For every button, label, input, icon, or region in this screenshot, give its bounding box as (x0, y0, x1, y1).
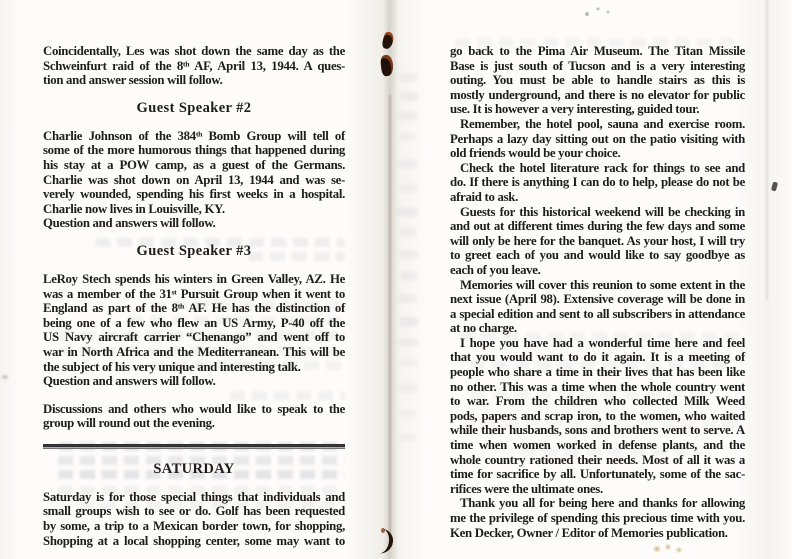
section-heading: Guest Speaker #3 (43, 244, 345, 259)
bleed-through-artifact (398, 338, 418, 347)
text-line: mostly underground, and there is no elev… (450, 88, 745, 103)
text-line: verely wounded, spending his first weeks… (43, 187, 345, 202)
text-line: Base is just south of Tucson and is a ve… (450, 59, 745, 74)
text-line: time when women worked in defense plants… (450, 438, 745, 453)
left-page: Coincidentally, Les was shot down the sa… (43, 44, 345, 559)
paragraph: I hope you have had a wonderful time her… (450, 336, 745, 497)
text-line: rifices were the ultimate ones. (450, 482, 745, 497)
paragraph: go back to the Pima Air Museum. The Tita… (450, 44, 745, 117)
paragraph: Check the hotel literature rack for thin… (450, 161, 745, 205)
bleed-through-artifact (400, 359, 418, 367)
text-line: to war. From the children who collected … (450, 394, 745, 409)
text-line: go back to the Pima Air Museum. The Tita… (450, 44, 745, 59)
bleed-through-artifact (399, 409, 417, 417)
text-line: Shopping at a local shopping center, som… (43, 534, 345, 549)
text-line: whole country rationed their needs. Most… (450, 453, 745, 468)
text-line: I hope you have had a wonderful time her… (450, 336, 745, 351)
bleed-through-artifact (399, 133, 416, 141)
bleed-through-artifact (398, 384, 418, 393)
text-line: to greet each of you and would like to s… (450, 248, 745, 263)
paragraph: Guests for this historical weekend will … (450, 205, 745, 278)
paragraph: LeRoy Stech spends his winters in Green … (43, 272, 345, 389)
right-page: go back to the Pima Air Museum. The Tita… (450, 44, 745, 540)
text-line: Question and answers will follow. (43, 374, 345, 389)
page-edge-crease (766, 0, 768, 300)
text-line: LeRoy Stech spends his winters in Green … (43, 272, 345, 287)
scan-speck-top (583, 6, 613, 18)
text-line: his stay at a POW camp, as a guest of th… (43, 158, 345, 173)
text-line: will only be here for the banquet. As yo… (450, 234, 745, 249)
text-line: me the privilege of spending this precio… (450, 511, 745, 526)
paragraph: Memories will cover this reunion to some… (450, 278, 745, 336)
text-line: do. If there is anything I can do to hel… (450, 175, 745, 190)
bleed-through-artifact (400, 271, 418, 280)
text-line: Memories will cover this reunion to some… (450, 278, 745, 293)
text-line: Check the hotel literature rack for thin… (450, 161, 745, 176)
text-line: group will round out the evening. (43, 416, 345, 431)
text-line: use. It is however a very interesting, g… (450, 102, 745, 117)
scan-speck-bottom (652, 544, 686, 554)
paragraph: Saturday is for those special things tha… (43, 490, 345, 548)
text-line: war in North Africa and the Mediterranea… (43, 345, 345, 360)
text-line: Charlie was shot down on April 13, 1944 … (43, 173, 345, 188)
staple-mark-bottom-rust (381, 528, 385, 533)
text-line: some of the more humorous things that ha… (43, 143, 345, 158)
bleed-through-artifact (398, 434, 417, 442)
text-line: each of you leave. (450, 263, 745, 278)
text-line: Schweinfurt raid of the 8ᵗʰ AF, April 13… (43, 59, 345, 74)
bleed-through-artifact (397, 294, 417, 303)
text-line: Thank you all for being here and thanks … (450, 496, 745, 511)
divider-rule (43, 444, 345, 449)
spine-crease (389, 95, 391, 547)
text-line: the subject of his very unique and inter… (43, 360, 345, 375)
text-line: Remember, the hotel pool, sauna and exer… (450, 117, 745, 132)
paragraph: Coincidentally, Les was shot down the sa… (43, 44, 345, 88)
section-heading: SATURDAY (43, 462, 345, 477)
page-gutter-shadow (346, 0, 458, 559)
text-line: Ken Decker, Owner / Editor of Memories p… (450, 526, 745, 541)
text-line: and out at different times during the fe… (450, 219, 745, 234)
text-line: Perhaps a lazy day sitting out on the pa… (450, 132, 745, 147)
scanned-book-spread: Coincidentally, Les was shot down the sa… (0, 0, 792, 559)
bleed-through-artifact (399, 317, 418, 327)
text-line: Guests for this historical weekend will … (450, 205, 745, 220)
text-line: Charlie Johnson of the 384ᵗʰ Bomb Group … (43, 129, 345, 144)
paragraph: Thank you all for being here and thanks … (450, 496, 745, 540)
bleed-through-artifact (400, 184, 418, 193)
text-line: no other. This was a time when the whole… (450, 380, 745, 395)
text-line: that you would want to do it again. It i… (450, 350, 745, 365)
text-line: old friends would be your choice. (450, 146, 745, 161)
paragraph: Remember, the hotel pool, sauna and exer… (450, 117, 745, 161)
text-line: Discussions and others who would like to… (43, 402, 345, 417)
text-line: afraid to ask. (450, 190, 745, 205)
text-line: was a member of the 31ˢᵗ Pursuit Group w… (43, 287, 345, 302)
text-line: people who share a time in their lives t… (450, 365, 745, 380)
text-line: time for sacrifice by all. Unfortunately… (450, 467, 745, 482)
staple-mark-top (381, 31, 395, 50)
bleed-through-artifact (400, 92, 418, 101)
bleed-through-artifact (399, 228, 417, 237)
bleed-through-artifact (398, 250, 418, 259)
text-line: England as part of the 8ᵗʰ AF. He has th… (43, 301, 345, 316)
text-line: tion and answer session will follow. (43, 73, 345, 88)
text-line: Coincidentally, Les was shot down the sa… (43, 44, 345, 59)
text-line: outing. You must be able to handle stair… (450, 73, 745, 88)
text-line: Charlie now lives in Louisville, KY. (43, 202, 345, 217)
text-line: US Navy aircraft carrier “Chenango” and … (43, 330, 345, 345)
paragraph: Charlie Johnson of the 384ᵗʰ Bomb Group … (43, 129, 345, 231)
staple-mark-bottom (376, 528, 395, 555)
bleed-through-artifact (397, 111, 418, 120)
scan-speck-right-edge (771, 182, 778, 192)
text-line: a special edition and sent to all subscr… (450, 307, 745, 322)
bleed-through-artifact (397, 207, 418, 217)
scan-speck-left (2, 375, 8, 379)
section-heading: Guest Speaker #2 (43, 101, 345, 116)
text-line: being one of a few who flew an US Army, … (43, 316, 345, 331)
text-line: by some, a trip to a Mexican border town… (43, 519, 345, 534)
text-line: while their husbands, sons and brothers … (450, 423, 745, 438)
text-line: Saturday is for those special things tha… (43, 490, 345, 505)
paragraph: Discussions and others who would like to… (43, 402, 345, 431)
text-line: small groups wish to see or do. Golf has… (43, 504, 345, 519)
text-line: next issue (April 98). Extensive coverag… (450, 292, 745, 307)
bleed-through-artifact (398, 73, 418, 82)
text-line: at no charge. (450, 321, 745, 336)
text-line: Question and answers will follow. (43, 216, 345, 231)
staple-mark-middle (380, 54, 394, 76)
text-line: pods, papers and scrap iron, to the wome… (450, 409, 745, 424)
bleed-through-artifact (398, 160, 418, 169)
